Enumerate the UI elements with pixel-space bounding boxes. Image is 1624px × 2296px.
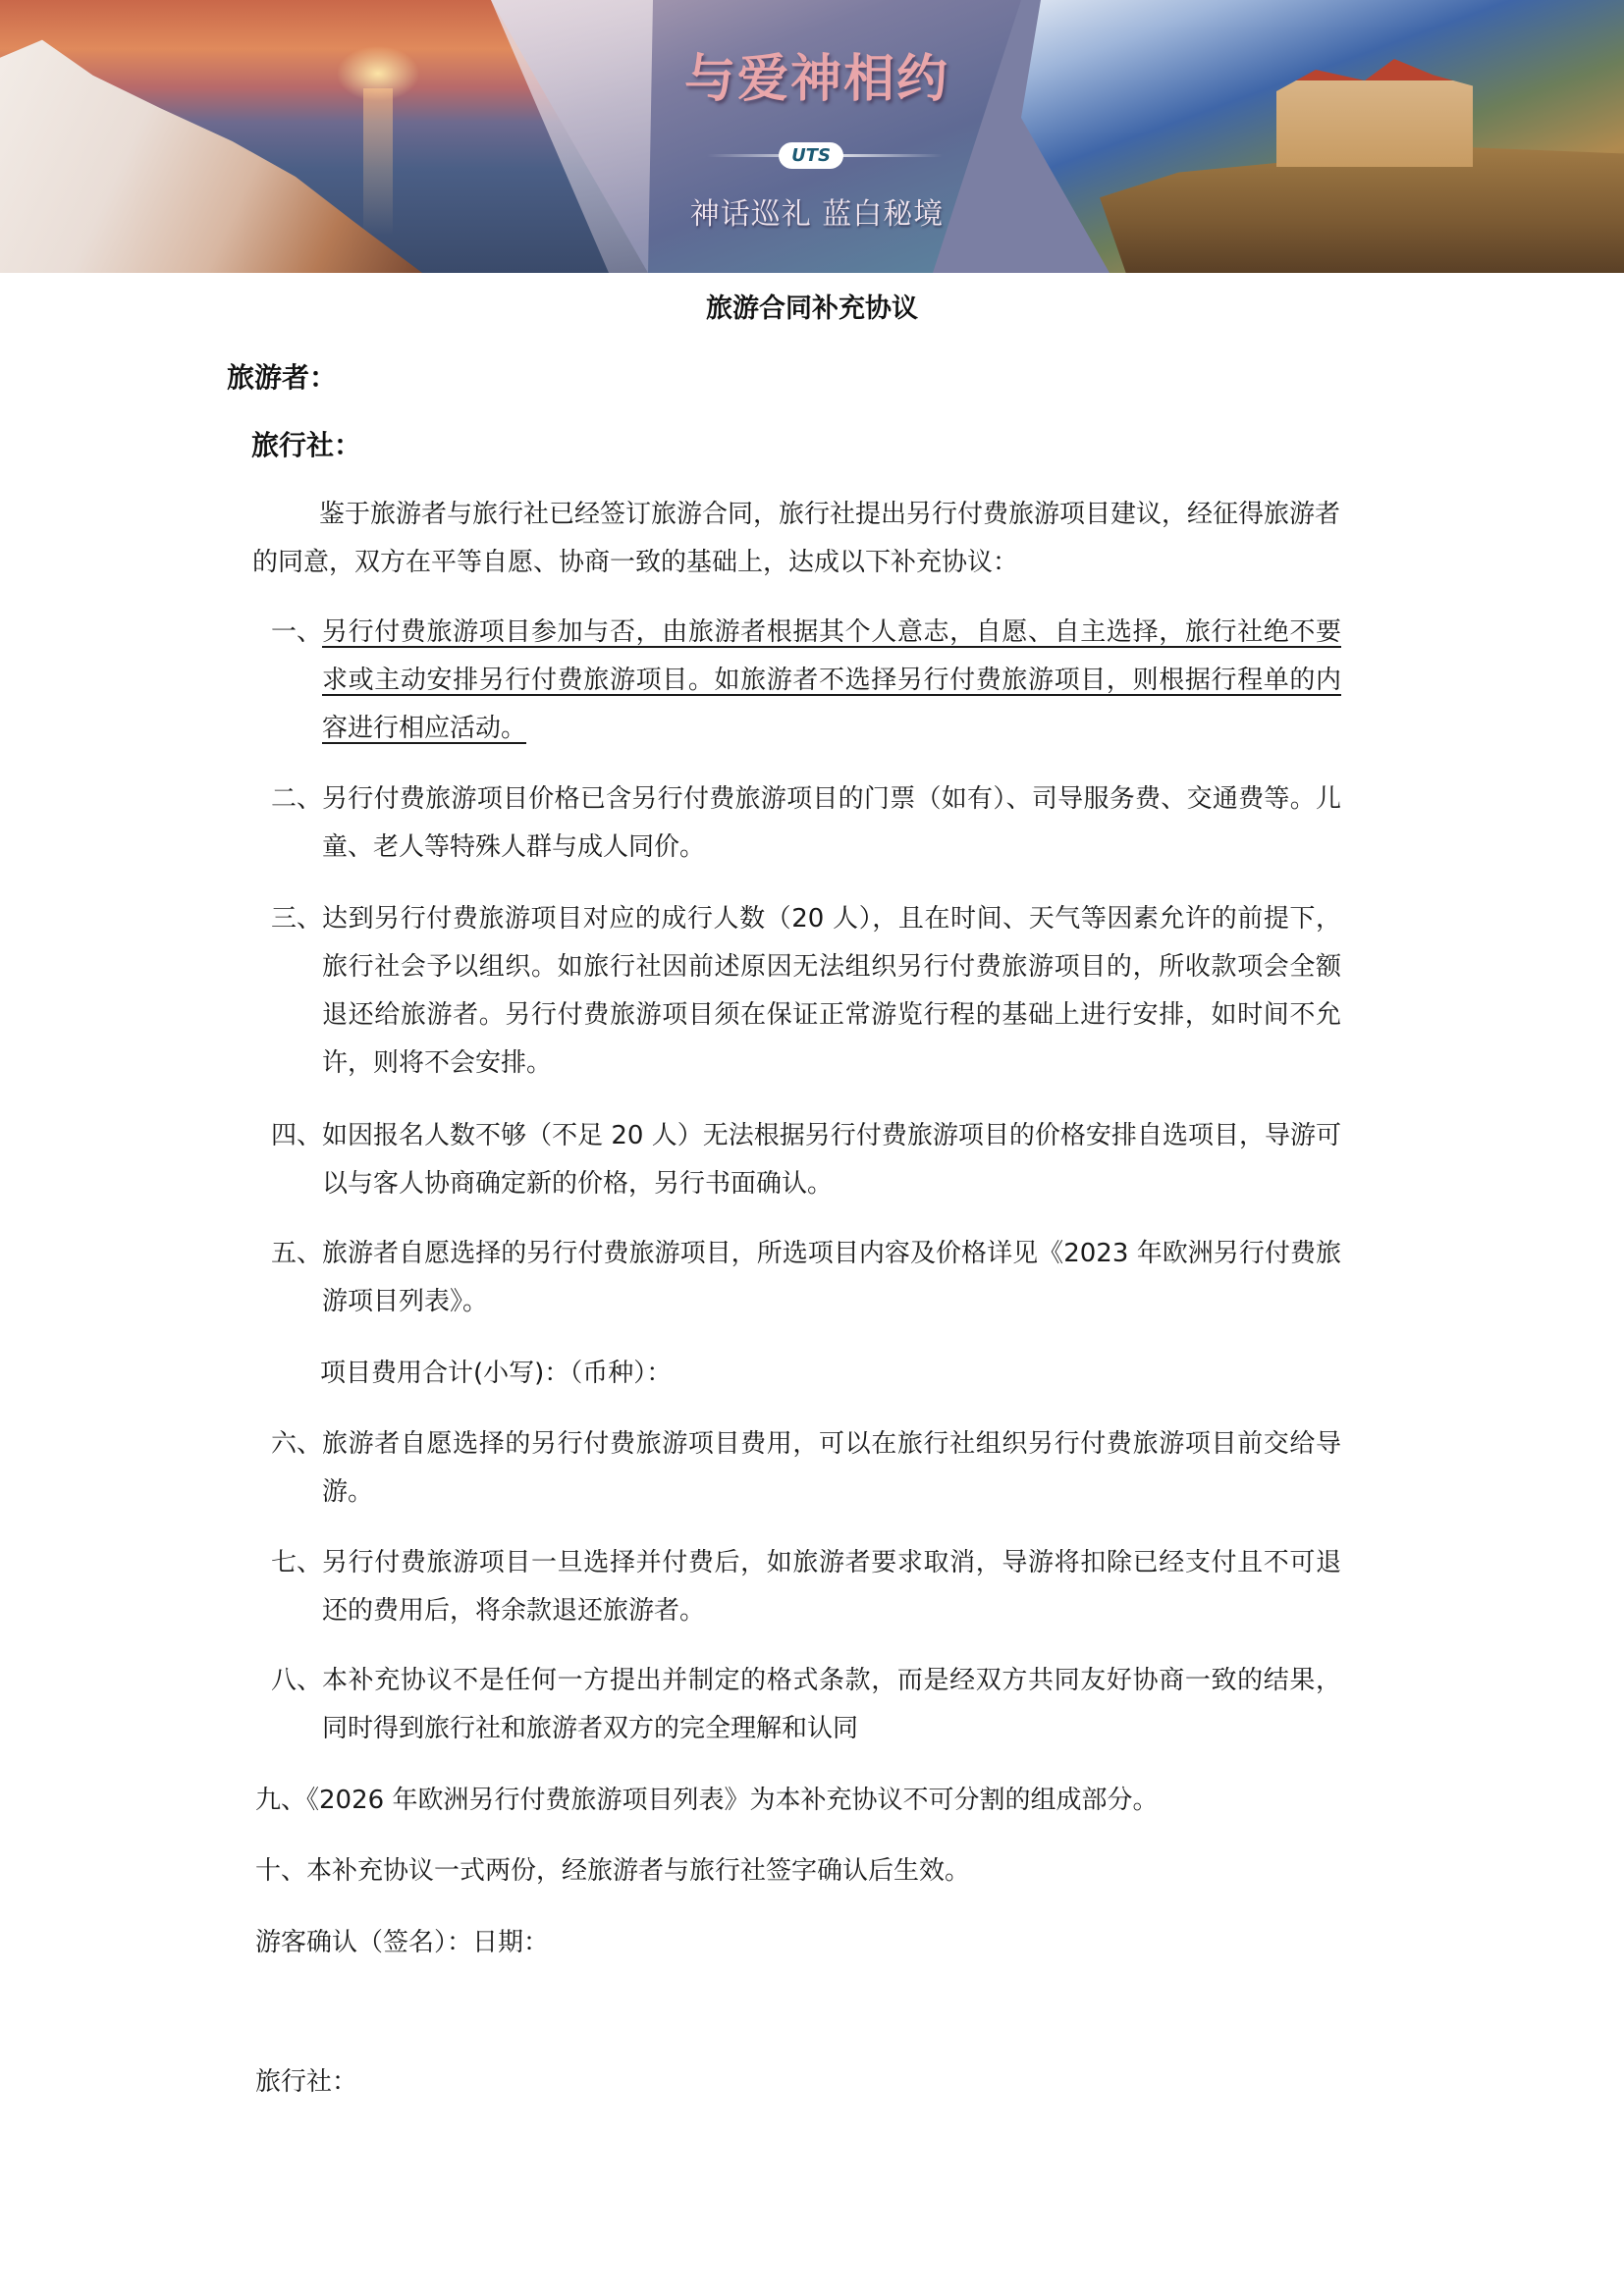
agency-label: 旅行社：	[251, 424, 361, 463]
clause-4: 四、 如因报名人数不够（不足 20 人）无法根据另行付费旅游项目的价格安排自选项…	[271, 1112, 1341, 1208]
clause-number: 三、	[271, 895, 322, 943]
intro-paragraph: 鉴于旅游者与旅行社已经签订旅游合同，旅行社提出另行付费旅游项目建议，经征得旅游者…	[252, 491, 1340, 587]
white-village	[0, 20, 422, 273]
clause-number: 六、	[271, 1420, 322, 1468]
clause-5: 五、 旅游者自愿选择的另行付费旅游项目，所选项目内容及价格详见《2023 年欧洲…	[271, 1230, 1341, 1326]
traveler-signature-line: 游客确认（签名）：日期：	[255, 1919, 549, 1967]
clause-text: 《2026 年欧洲另行付费旅游项目列表》为本补充协议不可分割的组成部分。	[306, 1786, 1158, 1815]
meteora-monastery-image	[982, 0, 1624, 273]
clause-text: 本补充协议不是任何一方提出并制定的格式条款，而是经双方共同友好协商一致的结果，同…	[322, 1657, 1341, 1753]
clause-number: 一、	[271, 609, 322, 657]
clause-number: 八、	[271, 1657, 322, 1705]
clause-number: 二、	[271, 775, 322, 824]
clause-7: 七、 另行付费旅游项目一旦选择并付费后，如旅游者要求取消，导游将扣除已经支付且不…	[271, 1539, 1341, 1635]
clause-number: 七、	[271, 1539, 322, 1587]
clause-number: 十、	[255, 1856, 306, 1886]
banner-subtitle: 神话巡礼 蓝白秘境	[670, 189, 964, 233]
traveler-label: 旅游者：	[227, 356, 337, 396]
clause-2: 二、 另行付费旅游项目价格已含另行付费旅游项目的门票（如有）、司导服务费、交通费…	[271, 775, 1341, 872]
clause-1: 一、 另行付费旅游项目参加与否，由旅游者根据其个人意志，自愿、自主选择，旅行社绝…	[271, 609, 1341, 753]
clause-3: 三、 达到另行付费旅游项目对应的成行人数（20 人），且在时间、天气等因素允许的…	[271, 895, 1341, 1088]
clause-9: 九、《2026 年欧洲另行付费旅游项目列表》为本补充协议不可分割的组成部分。	[255, 1777, 1158, 1825]
clause-text: 另行付费旅游项目参加与否，由旅游者根据其个人意志，自愿、自主选择，旅行社绝不要求…	[322, 609, 1341, 753]
monastery-building	[1276, 59, 1473, 167]
document-title: 旅游合同补充协议	[0, 287, 1624, 325]
uts-logo: UTS	[779, 142, 843, 169]
clause-6: 六、 旅游者自愿选择的另行付费旅游项目费用，可以在旅行社组织另行付费旅游项目前交…	[271, 1420, 1341, 1517]
banner-title: 与爱神相约	[670, 37, 964, 111]
clause-text: 另行付费旅游项目价格已含另行付费旅游项目的门票（如有）、司导服务费、交通费等。儿…	[322, 775, 1341, 872]
clause-10: 十、本补充协议一式两份，经旅游者与旅行社签字确认后生效。	[255, 1847, 970, 1896]
clause-text: 如因报名人数不够（不足 20 人）无法根据另行付费旅游项目的价格安排自选项目，导…	[322, 1112, 1341, 1208]
clause-text: 旅游者自愿选择的另行付费旅游项目，所选项目内容及价格详见《2023 年欧洲另行付…	[322, 1230, 1341, 1326]
sunset-reflection	[363, 88, 393, 236]
clause-text: 达到另行付费旅游项目对应的成行人数（20 人），且在时间、天气等因素允许的前提下…	[322, 895, 1341, 1088]
clause-number: 九、	[255, 1786, 306, 1815]
clause-8: 八、 本补充协议不是任何一方提出并制定的格式条款，而是经双方共同友好协商一致的结…	[271, 1657, 1341, 1753]
header-banner: 与爱神相约 UTS 神话巡礼 蓝白秘境	[0, 0, 1624, 273]
clause-text: 旅游者自愿选择的另行付费旅游项目费用，可以在旅行社组织另行付费旅游项目前交给导游…	[322, 1420, 1341, 1517]
agency-signature-line: 旅行社：	[255, 2058, 357, 2107]
fee-total-line: 项目费用合计(小写)：（币种）：	[320, 1350, 672, 1398]
clause-text: 本补充协议一式两份，经旅游者与旅行社签字确认后生效。	[306, 1856, 970, 1886]
clause-text: 另行付费旅游项目一旦选择并付费后，如旅游者要求取消，导游将扣除已经支付且不可退还…	[322, 1539, 1341, 1635]
clause-number: 四、	[271, 1112, 322, 1160]
clause-number: 五、	[271, 1230, 322, 1278]
